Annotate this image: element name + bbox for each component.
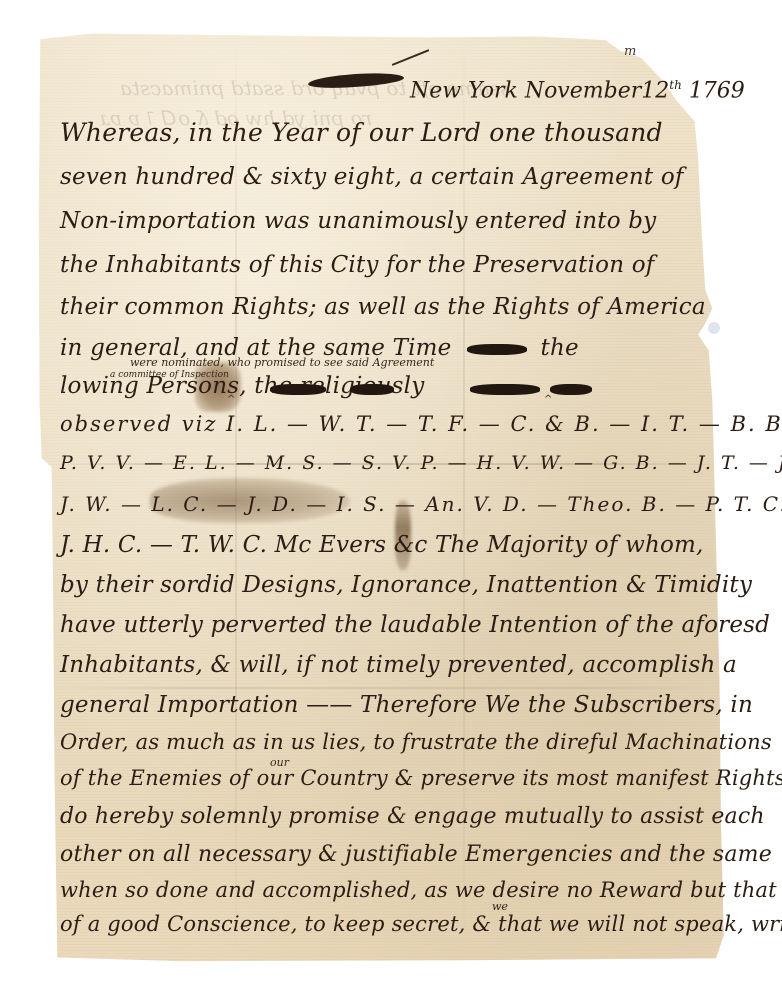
manuscript-text-lower: any [0,0,782,1000]
document-viewer: ssamo oft to pvaq ord ssatd pnimacsta ro… [0,0,782,1000]
